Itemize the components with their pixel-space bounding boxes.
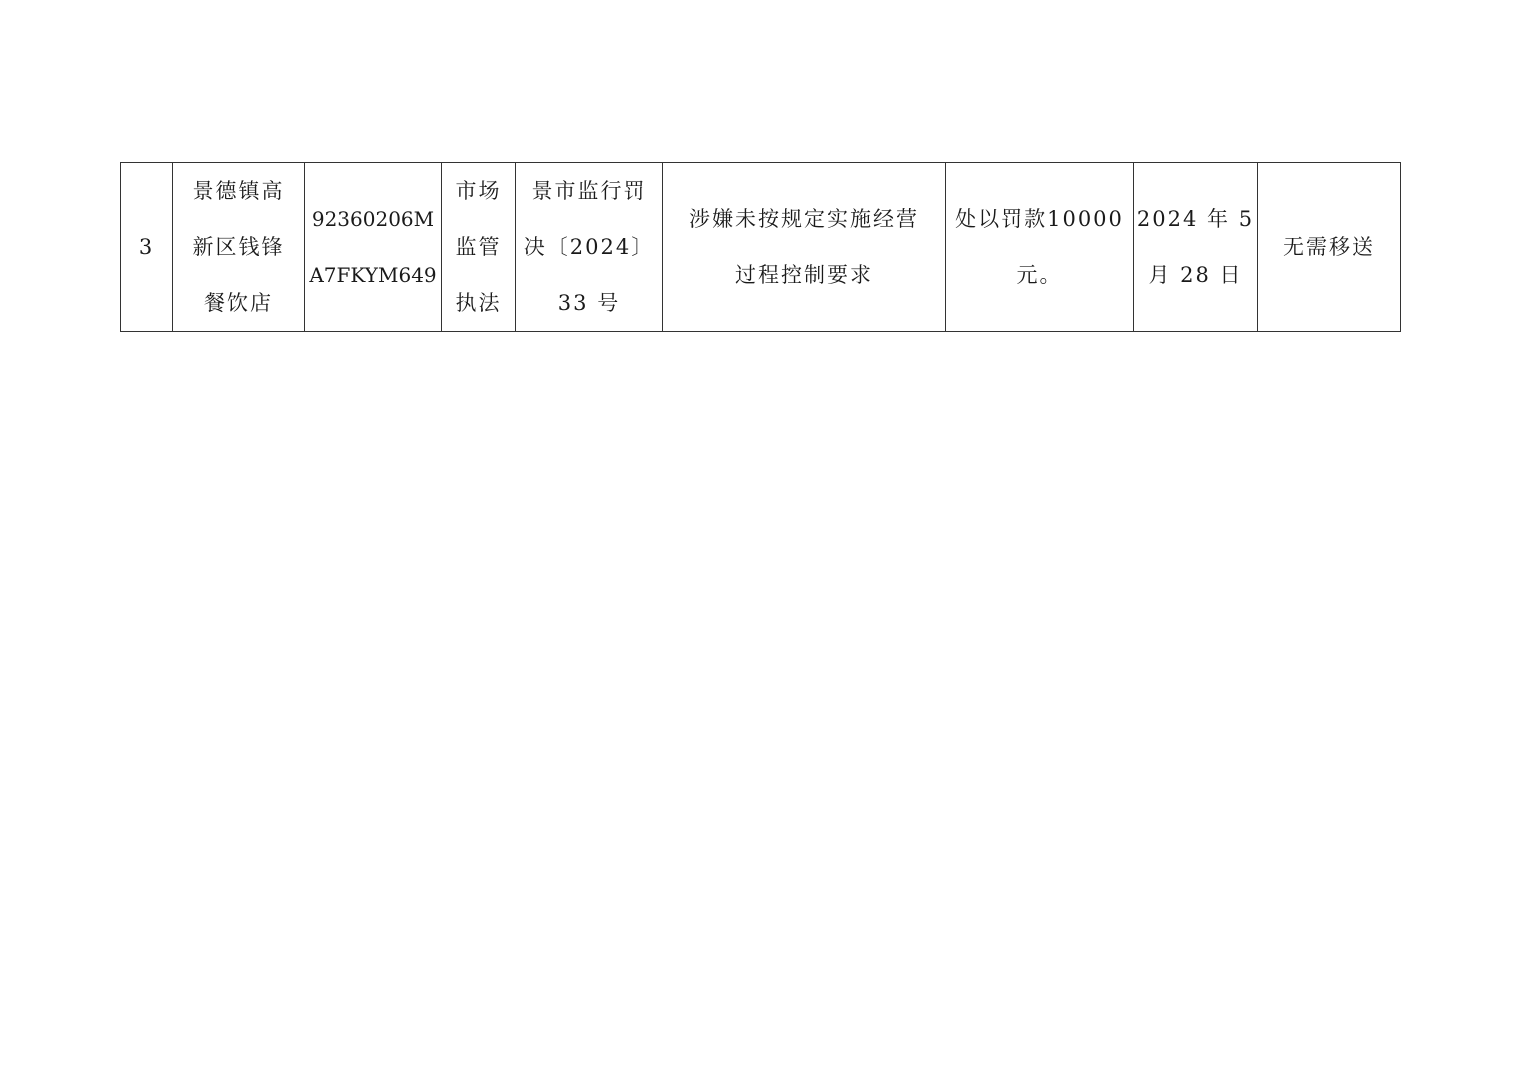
- decision-date-cell: 2024 年 5 月 28 日: [1134, 163, 1258, 332]
- row-index-cell: 3: [121, 163, 173, 332]
- party-name-cell: 景德镇高 新区钱锋 餐饮店: [173, 163, 305, 332]
- transfer-status-cell: 无需移送: [1258, 163, 1401, 332]
- violation-line: 过程控制要求: [663, 247, 945, 303]
- category-line: 监管: [442, 219, 515, 275]
- document-page: 3 景德镇高 新区钱锋 餐饮店 92360206M A7FKYM649 市场 监…: [0, 0, 1520, 1074]
- category-line: 市场: [442, 163, 515, 219]
- decision-number-cell: 景市监行罚 决〔2024〕 33 号: [516, 163, 663, 332]
- decision-number-line: 景市监行罚: [516, 163, 662, 219]
- party-name-line: 新区钱锋: [173, 219, 304, 275]
- penalty-line: 处以罚款10000: [946, 191, 1133, 247]
- penalty-line: 元。: [946, 247, 1133, 303]
- decision-date-line: 月 28 日: [1134, 247, 1257, 303]
- row-index: 3: [121, 219, 172, 275]
- decision-number-line: 33 号: [516, 275, 662, 331]
- credit-code-line: 92360206M: [305, 191, 441, 247]
- party-name-line: 景德镇高: [173, 163, 304, 219]
- category-line: 执法: [442, 275, 515, 331]
- violation-line: 涉嫌未按规定实施经营: [663, 191, 945, 247]
- credit-code-line: A7FKYM649: [305, 247, 441, 303]
- penalty-record-table: 3 景德镇高 新区钱锋 餐饮店 92360206M A7FKYM649 市场 监…: [120, 162, 1401, 332]
- category-cell: 市场 监管 执法: [442, 163, 516, 332]
- table-row: 3 景德镇高 新区钱锋 餐饮店 92360206M A7FKYM649 市场 监…: [121, 163, 1401, 332]
- penalty-cell: 处以罚款10000 元。: [946, 163, 1134, 332]
- violation-cell: 涉嫌未按规定实施经营 过程控制要求: [663, 163, 946, 332]
- decision-date-line: 2024 年 5: [1134, 191, 1257, 247]
- credit-code-cell: 92360206M A7FKYM649: [305, 163, 442, 332]
- transfer-status: 无需移送: [1258, 219, 1400, 275]
- decision-number-line: 决〔2024〕: [516, 219, 662, 275]
- party-name-line: 餐饮店: [173, 275, 304, 331]
